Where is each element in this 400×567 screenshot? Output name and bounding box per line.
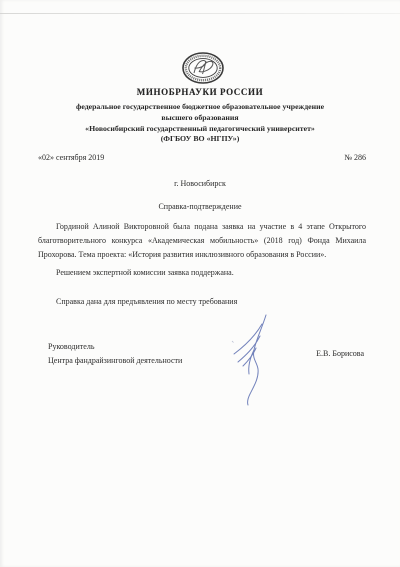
document-title: Справка-подтверждение bbox=[0, 202, 400, 211]
org-line-1: федеральное государственное бюджетное об… bbox=[0, 102, 400, 113]
city-line: г. Новосибирск bbox=[0, 179, 400, 188]
org-line-3: «Новосибирский государственный педагогич… bbox=[0, 124, 400, 135]
paragraph-decision: Решением экспертной комиссии заявка подд… bbox=[38, 266, 366, 280]
university-emblem-icon bbox=[182, 52, 224, 84]
org-line-4: (ФГБОУ ВО «НГПУ») bbox=[0, 134, 400, 145]
ministry-heading: МИНОБРНАУКИ РОССИИ bbox=[0, 87, 400, 97]
signer-name: Е.В. Борисова bbox=[316, 349, 364, 358]
signer-title-line-1: Руководитель bbox=[48, 340, 182, 354]
handwritten-signature-icon bbox=[226, 312, 280, 408]
org-line-2: высшего образования bbox=[0, 113, 400, 124]
document-date: «02» сентября 2019 bbox=[38, 153, 104, 162]
paragraph-purpose: Справка дана для предъявления по месту т… bbox=[38, 295, 366, 309]
scanned-letter-page: МИНОБРНАУКИ РОССИИ федеральное государст… bbox=[0, 0, 400, 567]
document-number: № 286 bbox=[344, 153, 366, 162]
organization-name-block: федеральное государственное бюджетное об… bbox=[0, 102, 400, 145]
signer-title-block: Руководитель Центра фандрайзинговой деят… bbox=[48, 340, 182, 368]
paragraph-application: Гординой Алиной Викторовной была подана … bbox=[38, 220, 366, 261]
signer-title-line-2: Центра фандрайзинговой деятельности bbox=[48, 354, 182, 368]
scan-edge-artifact bbox=[0, 13, 400, 14]
